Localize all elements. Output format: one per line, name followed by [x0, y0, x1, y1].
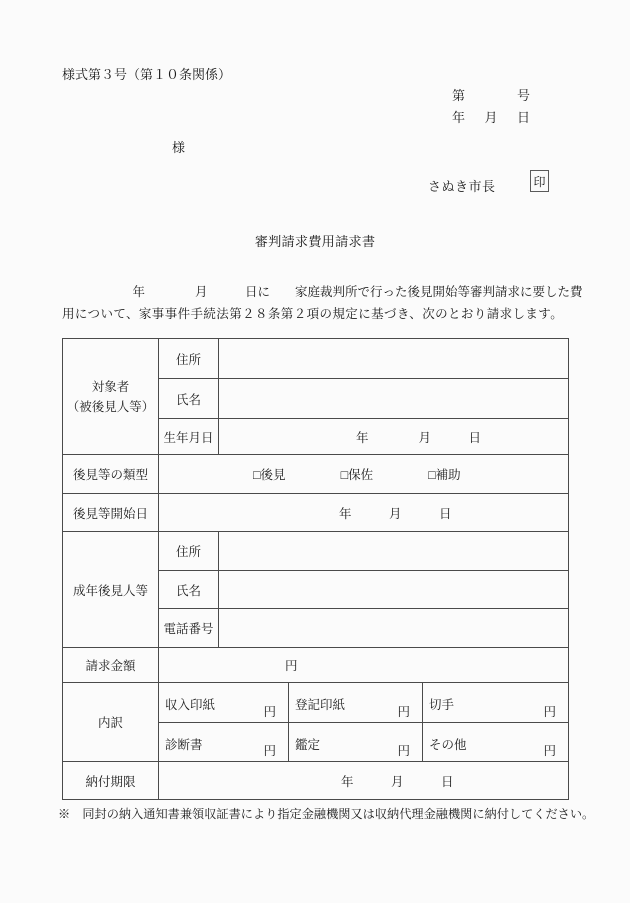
- breakdown-label: 内訳: [63, 683, 159, 762]
- deadline-field[interactable]: 年 月 日: [159, 762, 569, 800]
- guardian-type-field: □後見 □保佐 □補助: [159, 455, 569, 494]
- body-line-1: 年 月 日に 家庭裁判所で行った後見開始等審判請求に要した費: [62, 281, 583, 303]
- claim-table: 対象者 （被後見人等） 住所 氏名 生年月日 年 月 日 後見等の類型 □後見: [62, 338, 569, 800]
- seal-box: 印: [530, 170, 549, 192]
- guardian-start-template: 年 月 日: [159, 504, 452, 522]
- subject-birthdate-field[interactable]: 年 月 日: [219, 419, 569, 455]
- guardian-start-label: 後見等開始日: [63, 494, 159, 532]
- subject-address-label: 住所: [159, 339, 219, 379]
- subject-name-label: 氏名: [159, 379, 219, 419]
- breakdown-medical-certificate-field[interactable]: 診断書 円: [159, 723, 289, 762]
- form-number: 様式第３号（第１０条関係）: [62, 64, 231, 83]
- subject-name-field[interactable]: [219, 379, 569, 419]
- body-paragraph: 年 月 日に 家庭裁判所で行った後見開始等審判請求に要した費 用について、家事事…: [62, 281, 583, 325]
- subject-address-field[interactable]: [219, 339, 569, 379]
- deadline-template: 年 月 日: [159, 772, 454, 790]
- doc-number-suffix: 号: [517, 85, 530, 104]
- breakdown-appraisal-field[interactable]: 鑑定 円: [289, 723, 423, 762]
- guardian-address-label: 住所: [159, 532, 219, 571]
- addressee-honorific: 様: [172, 137, 185, 156]
- guardian-phone-field[interactable]: [219, 609, 569, 648]
- breakdown-postage-unit: 円: [544, 702, 557, 720]
- document-title: 審判請求費用請求書: [62, 231, 568, 250]
- guardian-name-label: 氏名: [159, 571, 219, 609]
- subject-label: 対象者: [63, 377, 158, 397]
- amount-field[interactable]: 円: [159, 648, 569, 683]
- guardian-type-label: 後見等の類型: [63, 455, 159, 494]
- guardian-name-field[interactable]: [219, 571, 569, 609]
- breakdown-other-unit: 円: [544, 741, 557, 759]
- checkbox-hosa[interactable]: □保佐: [341, 465, 374, 483]
- issue-date-line: 年 月 日: [452, 107, 530, 126]
- guardian-address-field[interactable]: [219, 532, 569, 571]
- seal-label: 印: [533, 173, 545, 190]
- deadline-label: 納付期限: [63, 762, 159, 800]
- breakdown-revenue-stamp-unit: 円: [263, 702, 276, 720]
- subject-birthdate-template: 年 月 日: [219, 428, 481, 446]
- subject-label-cell: 対象者 （被後見人等）: [63, 339, 159, 455]
- breakdown-appraisal-unit: 円: [397, 741, 410, 759]
- breakdown-registration-stamp-field[interactable]: 登記印紙 円: [289, 683, 423, 723]
- issue-date-day: 日: [517, 107, 530, 126]
- issue-date-month: 月: [484, 107, 497, 126]
- issue-date-year: 年: [452, 107, 465, 126]
- checkbox-kouken[interactable]: □後見: [253, 465, 286, 483]
- amount-label: 請求金額: [63, 648, 159, 683]
- breakdown-medical-certificate-unit: 円: [263, 741, 276, 759]
- doc-number-line: 第 号: [452, 85, 530, 104]
- subject-birthdate-label: 生年月日: [159, 419, 219, 455]
- breakdown-other-field[interactable]: その他 円: [423, 723, 569, 762]
- body-line-2: 用について、家事事件手続法第２８条第２項の規定に基づき、次のとおり請求します。: [62, 303, 583, 325]
- subject-label-sub: （被後見人等）: [63, 397, 158, 417]
- footnote: ※ 同封の納入通知書兼領収証書により指定金融機関又は収納代理金融機関に納付してく…: [58, 805, 594, 822]
- checkbox-hojo[interactable]: □補助: [428, 465, 461, 483]
- guardian-phone-label: 電話番号: [159, 609, 219, 648]
- breakdown-revenue-stamp-field[interactable]: 収入印紙 円: [159, 683, 289, 723]
- guardian-label: 成年後見人等: [63, 532, 159, 648]
- amount-unit: 円: [159, 656, 298, 674]
- guardian-start-field[interactable]: 年 月 日: [159, 494, 569, 532]
- mayor-title: さぬき市長: [428, 176, 496, 195]
- breakdown-registration-stamp-unit: 円: [397, 702, 410, 720]
- doc-number-prefix: 第: [452, 85, 465, 104]
- document-page: 様式第３号（第１０条関係） 第 号 年 月 日 様 さぬき市長 印 審判請求費用…: [0, 0, 630, 903]
- breakdown-postage-field[interactable]: 切手 円: [423, 683, 569, 723]
